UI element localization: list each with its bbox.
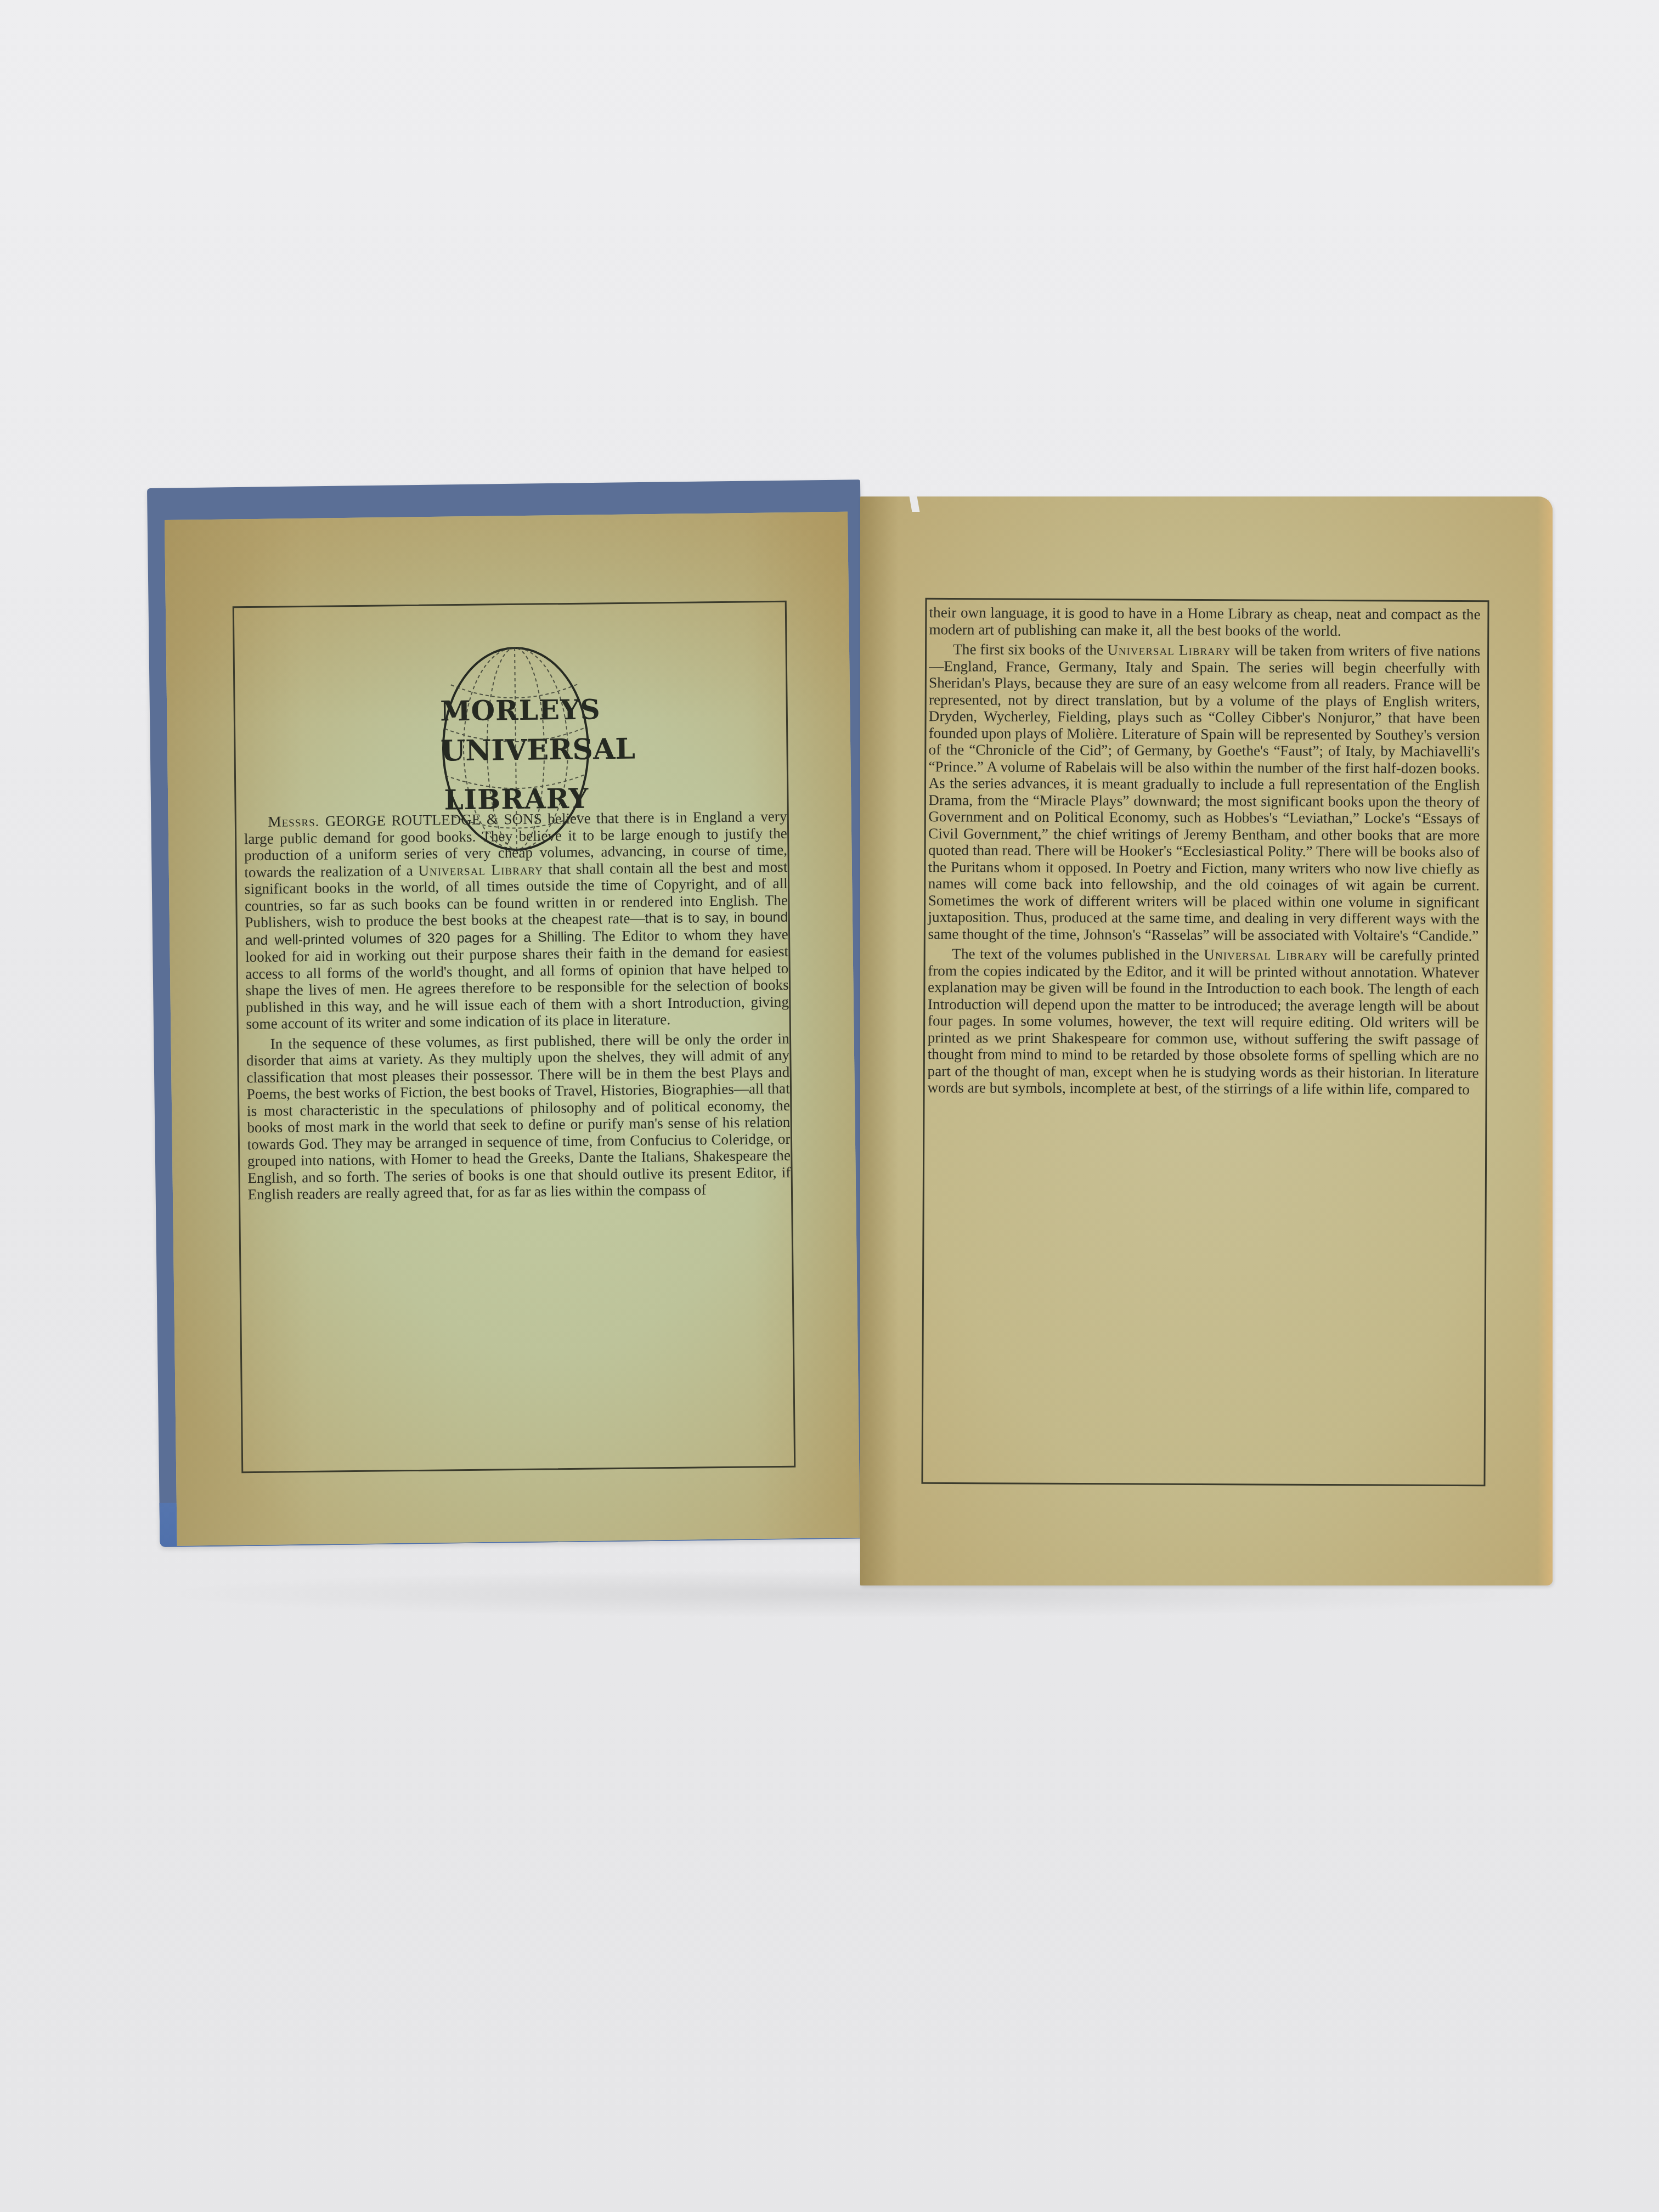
paragraph-text: The first six books of the xyxy=(953,641,1107,658)
publisher-name: GEORGE ROUTLEDGE & SONS xyxy=(319,811,542,830)
paragraph-text: The text of the volumes published in the xyxy=(952,945,1204,963)
universal-library-smallcaps: Universal Library xyxy=(418,861,543,878)
paragraph-intro: Messrs. GEORGE ROUTLEDGE & SONS believe … xyxy=(244,808,789,1032)
paragraph-text: will be carefully printed from the copie… xyxy=(927,947,1479,1098)
universal-library-smallcaps: Universal Library xyxy=(1107,641,1231,658)
paragraph-text-of-volumes: The text of the volumes published in the… xyxy=(927,945,1479,1098)
universal-library-smallcaps: Universal Library xyxy=(1204,946,1328,963)
paragraph-text: will be taken from writers of five natio… xyxy=(928,642,1480,944)
paragraph-continued: their own language, it is good to have i… xyxy=(929,604,1480,640)
right-page-text: their own language, it is good to have i… xyxy=(927,604,1480,1098)
paragraph-sequence: In the sequence of these volumes, as fir… xyxy=(246,1030,791,1203)
emblem-line-morleys: MORLEYS xyxy=(440,693,591,727)
messrs-smallcaps: Messrs. xyxy=(268,813,319,830)
paragraph-first-six-books: The first six books of the Universal Lib… xyxy=(928,641,1480,944)
emblem-line-universal: UNIVERSAL xyxy=(441,733,592,768)
left-page-text: Messrs. GEORGE ROUTLEDGE & SONS believe … xyxy=(244,808,791,1203)
